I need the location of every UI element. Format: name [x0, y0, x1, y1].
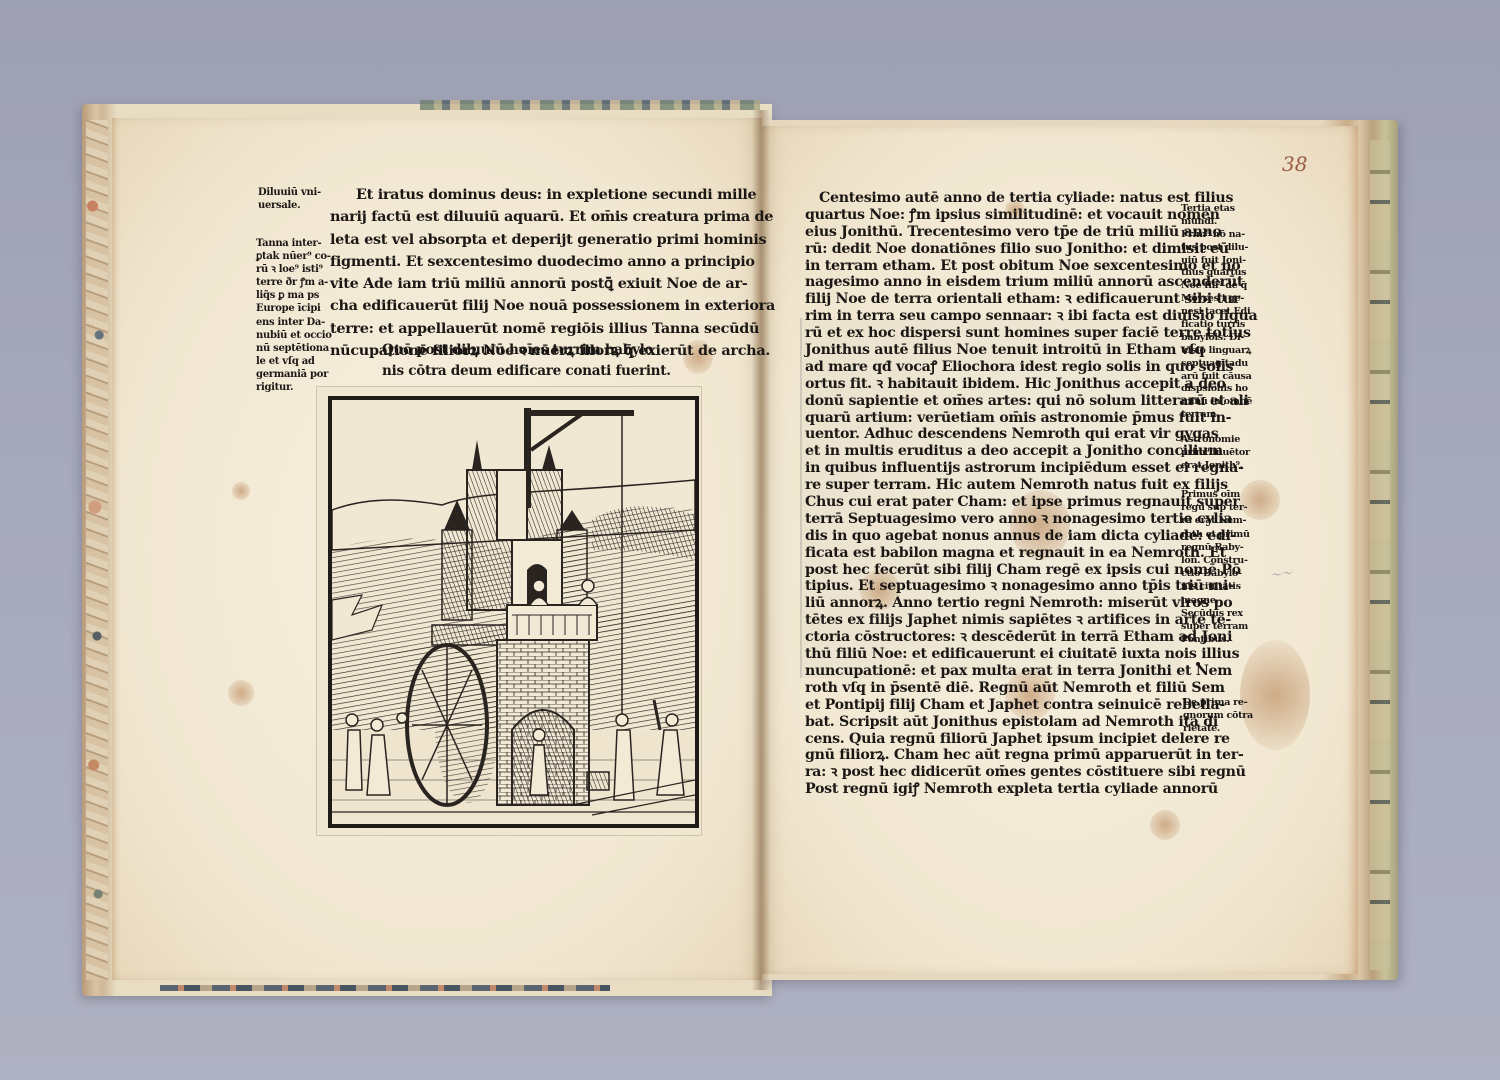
margin-note-line: minū in omnē — [1181, 396, 1252, 409]
margin-note-line: nubiū et occio — [256, 329, 332, 342]
margin-note-line: Noe fili⁹ de q̄ — [1181, 280, 1252, 293]
margin-note-line: thus quartus — [1181, 267, 1252, 280]
margin-note-primus-regum: Primus oīm regū sup ter- rā erat Nem- ro… — [1181, 488, 1250, 646]
margin-note-line: tus post dilu- — [1181, 242, 1252, 255]
margin-note-line: Europe īcipi — [256, 302, 332, 315]
margin-note-line: rā erat Nem- — [1181, 514, 1250, 527]
margin-note-line: magne. — [1181, 594, 1250, 607]
margin-note-line: liq̃s ꝑ ma ps — [256, 289, 332, 302]
margin-note-line: Moyses i ge- — [1181, 293, 1252, 306]
margin-note-line: ens inter Da- — [256, 316, 332, 329]
text-line: roth vſq in p̄sentē diē. Regnū aūt Nemro… — [805, 680, 1257, 697]
margin-note-line: rietate. — [1183, 722, 1253, 735]
margin-note-line: lon. Constru- — [1181, 554, 1250, 567]
text-line: nuncupationē: et pax multa erat in terra… — [805, 663, 1257, 680]
text-line: vite Ade iam triū miliū annorū postꝗ̄ ex… — [330, 273, 775, 295]
margin-note-line: regū sup ter- — [1181, 501, 1250, 514]
margin-note-line: le et vſq ad — [256, 355, 332, 368]
margin-note-line: super terram — [1181, 620, 1250, 633]
margin-note-line: Tertia etas — [1181, 203, 1252, 216]
margin-note-line: Astronomie — [1181, 434, 1250, 447]
margin-note-line: nū septētiona — [256, 342, 332, 355]
margin-note-tertia-etas: Tertia etas mundi. Prim⁹ hō na- tus post… — [1181, 203, 1252, 422]
foxing-stain — [228, 680, 254, 706]
text-line: Post regnū igiꝭ Nemroth expleta tertia c… — [805, 781, 1257, 798]
margin-note-line: De prima re- — [1183, 696, 1253, 709]
margin-note-line: mundi. — [1181, 216, 1252, 229]
margin-note-de-prima-regnorum: De prima re- gnorum cōtra rietate. — [1183, 696, 1253, 736]
margin-note-line: ꝑtak nūer⁹ co- — [256, 250, 332, 263]
margin-note-line: Pontibus. — [1181, 633, 1250, 646]
foxing-stain — [1150, 810, 1180, 840]
margin-note-line: ficatio turris — [1181, 319, 1252, 332]
margin-note-line: septuagītadu — [1181, 358, 1252, 371]
margin-note-line: uiū fuit Joni- — [1181, 255, 1252, 268]
folio-number: 38 — [1282, 152, 1307, 176]
foxing-stain — [232, 482, 250, 500]
text-line: thū filiū Noe: et edificauerunt ei ciuit… — [805, 646, 1257, 663]
margin-note-line: roth et primū — [1181, 528, 1250, 541]
margin-note-line: uersale. — [258, 199, 321, 212]
margin-note-line: erat Jonith⁹. — [1181, 460, 1250, 473]
text-line: ra: ꝛ post hec didicerūt om̄es gentes cō… — [805, 764, 1257, 781]
margin-note-line: Tanna inter- — [256, 237, 332, 250]
tower-of-babel-illustration — [332, 400, 695, 824]
margin-note-line: Prim⁹ hō na- — [1181, 229, 1252, 242]
marbled-cover-edge-top — [420, 100, 760, 110]
margin-note-line: uisio linguarꝝ — [1181, 345, 1252, 358]
pencil-annotation: 〜〜 — [1269, 565, 1293, 584]
left-page-main-text: Et iratus dominus deus: in expletione se… — [330, 184, 775, 362]
margin-note-line: Diluuiū vni- — [258, 186, 321, 199]
margin-note-line: nis ciuitatis — [1181, 580, 1250, 593]
marbled-cover-edge-right — [1370, 140, 1390, 970]
margin-note-line: Secūdus rex — [1181, 607, 1250, 620]
woodcut-tower-of-babel — [328, 396, 699, 828]
text-line: cha edificauerūt filij Noe nouā possessi… — [330, 295, 775, 317]
margin-note-diluvium: Diluuiū vni- uersale. — [258, 186, 321, 212]
text-line: terre: et appellauerūt nomē regiōis illi… — [330, 318, 775, 340]
margin-note-line: regnū Baby- — [1181, 541, 1250, 554]
text-line: leta est vel absorpta et deperijt genera… — [330, 229, 775, 251]
margin-note-line: arū fuit cāusa — [1181, 371, 1252, 384]
paragraph-mark-dot — [1196, 662, 1200, 666]
margin-note-tanna: Tanna inter- ꝑtak nūer⁹ co- rū ꝛ loe⁹ is… — [256, 237, 332, 394]
margin-note-line: nesi tacet Edi — [1181, 306, 1252, 319]
heading-line: nis cōtra deum edificare conati fuerint. — [382, 361, 671, 382]
margin-note-line: prim⁹ inuētor — [1181, 447, 1250, 460]
heading-line: Quō post diluuiū hoīes turrim babylo — [382, 340, 671, 361]
text-line: gnū filiorꝝ. Cham hec aūt regna primū ap… — [805, 747, 1257, 764]
margin-note-line: terre ðr ꝭm a- — [256, 276, 332, 289]
margin-note-line: babylōis. Di- — [1181, 332, 1252, 345]
margin-note-line: dispsionis ho — [1181, 383, 1252, 396]
text-line: figmenti. Et sexcentesimo duodecimo anno… — [330, 251, 775, 273]
margin-note-astronomie: Astronomie prim⁹ inuētor erat Jonith⁹. — [1181, 434, 1250, 473]
margin-note-line: terram. — [1181, 409, 1252, 422]
margin-note-line: ctio Babylo- — [1181, 567, 1250, 580]
text-line: Et iratus dominus deus: in expletione se… — [330, 184, 775, 206]
marbled-cover-edge-left — [86, 120, 108, 980]
margin-note-line: germaniā por — [256, 368, 332, 381]
marbled-cover-edge-bottom — [160, 985, 610, 991]
chapter-heading-tower-of-babel: Quō post diluuiū hoīes turrim babylo nis… — [382, 340, 671, 382]
text-line: narij factū est diluuiū aquarū. Et om̄is… — [330, 206, 775, 228]
margin-note-line: gnorum cōtra — [1183, 709, 1253, 722]
margin-note-line: rū ꝛ loe⁹ isti⁹ — [256, 263, 332, 276]
margin-note-line: Primus oīm — [1181, 488, 1250, 501]
